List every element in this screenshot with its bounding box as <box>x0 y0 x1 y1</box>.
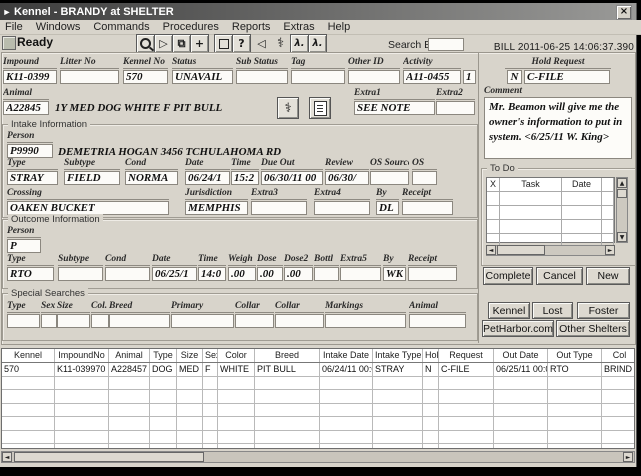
application-window: ► Kennel - BRANDY at SHELTER × File Wind… <box>0 0 641 476</box>
grid-cell[interactable] <box>320 444 373 449</box>
extra3-input[interactable] <box>251 201 307 215</box>
grid-header-cell[interactable]: Intake Type <box>373 349 423 362</box>
search-animal-input[interactable] <box>409 314 466 328</box>
jurisdiction-field: Jurisdiction <box>185 188 248 215</box>
intake-receipt-input[interactable] <box>402 201 453 215</box>
outcome-date-input[interactable] <box>152 267 197 281</box>
outcome-type-input[interactable] <box>7 267 54 281</box>
grid-header-cell[interactable]: Color <box>218 349 255 362</box>
grid-cell[interactable] <box>177 390 203 403</box>
dose-label: Dose <box>257 254 283 266</box>
todo-cell[interactable] <box>487 192 500 205</box>
activity-seq-input[interactable] <box>463 70 476 84</box>
outcome-cond-field: Cond <box>105 254 150 281</box>
grid-empty-row[interactable] <box>2 444 634 449</box>
todo-scroll-up-icon[interactable]: ▲ <box>617 178 627 188</box>
todo-scroll-left-icon[interactable]: ◄ <box>486 245 496 255</box>
grid-cell[interactable] <box>150 404 177 417</box>
grid-cell[interactable] <box>439 417 494 430</box>
impound-label: Impound <box>3 57 57 69</box>
grid-cell[interactable] <box>55 377 109 390</box>
close-button[interactable]: × <box>616 5 632 20</box>
grid-header-cell[interactable]: Type <box>150 349 177 362</box>
outcome-subtype-input[interactable] <box>58 267 103 281</box>
todo-scroll-right-icon[interactable]: ► <box>605 245 615 255</box>
grid-cell[interactable] <box>548 444 602 449</box>
search-size-input[interactable] <box>57 314 90 328</box>
search-collar1-label: Collar <box>235 301 274 313</box>
grid-cell[interactable] <box>203 417 218 430</box>
grid-cell[interactable]: MED <box>177 363 203 376</box>
animal-field: Animal <box>3 88 49 115</box>
menu-procedures[interactable]: Procedures <box>163 20 219 34</box>
grid-cell[interactable]: N <box>423 363 439 376</box>
grid-cell[interactable] <box>423 390 439 403</box>
todo-cell[interactable] <box>562 206 602 219</box>
grid-cell[interactable] <box>494 444 548 449</box>
grid-cell[interactable] <box>55 417 109 430</box>
todo-cell[interactable] <box>602 220 614 233</box>
grid-cell[interactable] <box>423 444 439 449</box>
grid-cell[interactable] <box>150 431 177 444</box>
grid-row[interactable]: 570K11-039970A228457DOGMEDFWHITEPIT BULL… <box>2 363 634 377</box>
todo-hscroll-thumb[interactable] <box>497 245 545 255</box>
grid-cell[interactable] <box>320 390 373 403</box>
grid-cell[interactable] <box>218 444 255 449</box>
intake-subtype-input[interactable] <box>64 171 120 185</box>
grid-cell[interactable] <box>55 431 109 444</box>
grid-cell[interactable] <box>320 404 373 417</box>
grid-cell[interactable]: PIT BULL <box>255 363 320 376</box>
grid-cell[interactable] <box>548 377 602 390</box>
grid-cell[interactable] <box>109 390 150 403</box>
intake-date-field: Date <box>185 158 230 185</box>
grid-header-cell[interactable]: Out Type <box>548 349 602 362</box>
todo-vscroll-thumb[interactable] <box>617 189 627 198</box>
weigh-input[interactable] <box>228 267 256 281</box>
outcome-subtype-field: Subtype <box>58 254 103 281</box>
grid-cell[interactable] <box>203 390 218 403</box>
grid-cell[interactable] <box>150 444 177 449</box>
outcome-by-label: By <box>383 254 406 266</box>
search-breed-field: Breed <box>109 301 170 328</box>
grid-cell[interactable] <box>373 444 423 449</box>
todo-row[interactable] <box>487 220 614 234</box>
todo-header-cell: X <box>487 178 500 191</box>
grid-header-cell[interactable]: Hold <box>423 349 439 362</box>
todo-cell[interactable] <box>602 192 614 205</box>
grid-empty-row[interactable] <box>2 377 634 391</box>
copy-icon[interactable]: ⧉ <box>172 34 191 53</box>
grid-cell[interactable] <box>177 417 203 430</box>
crossing-input[interactable] <box>7 201 169 215</box>
grid-cell[interactable] <box>177 431 203 444</box>
hold-flag-input[interactable] <box>507 70 522 84</box>
intake-time-field: Time <box>231 158 259 185</box>
search-collar2-field: Collar <box>275 301 324 328</box>
grid-empty-row[interactable] <box>2 404 634 418</box>
search-col-field: Col. <box>91 301 109 328</box>
activity-field: Activity <box>403 57 461 84</box>
intake-person-field: Person <box>7 131 53 158</box>
results-grid: KennelImpoundNoAnimalTypeSizeSexColorBre… <box>1 348 635 449</box>
grid-cell[interactable]: WHITE <box>218 363 255 376</box>
grid-cell[interactable] <box>255 377 320 390</box>
grid-cell[interactable] <box>373 431 423 444</box>
search-breed-input[interactable] <box>109 314 170 328</box>
grid-cell[interactable] <box>373 417 423 430</box>
search-primary-field: Primary <box>171 301 234 328</box>
grid-cell[interactable] <box>494 404 548 417</box>
grid-cell[interactable] <box>494 431 548 444</box>
extra4-input[interactable] <box>314 201 370 215</box>
intake-type-field: Type <box>7 158 58 185</box>
grid-cell[interactable]: BRIND <box>602 363 635 376</box>
litter-no-label: Litter No <box>60 57 119 69</box>
menu-help[interactable]: Help <box>328 20 351 34</box>
outcome-receipt-input[interactable] <box>408 267 457 281</box>
grid-cell[interactable] <box>218 431 255 444</box>
grid-cell[interactable] <box>109 431 150 444</box>
search-markings-input[interactable] <box>325 314 406 328</box>
todo-cell[interactable] <box>602 206 614 219</box>
grid-header-cell[interactable]: Intake Date <box>320 349 373 362</box>
complete-button[interactable]: Complete <box>483 267 533 285</box>
grid-cell[interactable] <box>2 404 55 417</box>
grid-cell[interactable] <box>177 404 203 417</box>
panel-divider <box>478 52 479 343</box>
grid-cell[interactable] <box>373 377 423 390</box>
other-shelters-button[interactable]: Other Shelters <box>556 320 630 337</box>
os-source-input[interactable] <box>370 171 409 185</box>
crossing-label: Crossing <box>7 188 169 200</box>
todo-cell[interactable] <box>500 192 562 205</box>
grid-scroll-right-icon[interactable]: ► <box>623 452 633 462</box>
grid-cell[interactable] <box>423 431 439 444</box>
outcome-date-field: Date <box>152 254 197 281</box>
grid-cell[interactable] <box>55 390 109 403</box>
extra2-input[interactable] <box>436 101 475 115</box>
todo-cell[interactable] <box>562 220 602 233</box>
litter-no-input[interactable] <box>60 70 119 84</box>
extra1-input[interactable] <box>354 101 435 115</box>
grid-scroll-left-icon[interactable]: ◄ <box>2 452 12 462</box>
intake-by-input[interactable] <box>376 201 399 215</box>
tag-input[interactable] <box>291 70 345 84</box>
grid-header-cell[interactable]: Animal <box>109 349 150 362</box>
todo-cell[interactable] <box>500 220 562 233</box>
grid-cell[interactable] <box>109 417 150 430</box>
search-type-label: Type <box>7 301 40 313</box>
grid-cell[interactable] <box>109 404 150 417</box>
grid-cell[interactable] <box>203 377 218 390</box>
petharbor-button[interactable]: PetHarbor.com <box>482 320 554 337</box>
status-text: Ready <box>17 35 53 49</box>
grid-cell[interactable] <box>494 417 548 430</box>
grid-cell[interactable] <box>2 431 55 444</box>
review-label: Review <box>325 158 369 170</box>
grid-cell[interactable] <box>255 444 320 449</box>
outcome-person-input[interactable] <box>7 239 41 253</box>
intake-date-label: Date <box>185 158 230 170</box>
announce-icon[interactable]: ◁ <box>252 34 271 53</box>
grid-cell[interactable] <box>55 444 109 449</box>
due-out-label: Due Out <box>261 158 323 170</box>
extra5-input[interactable] <box>340 267 381 281</box>
comment-textarea[interactable]: Mr. Beamon will give me the owner's info… <box>484 97 632 159</box>
grid-cell[interactable] <box>423 417 439 430</box>
impound-input[interactable] <box>3 70 57 84</box>
grid-header-cell[interactable]: Col <box>602 349 635 362</box>
grid-cell[interactable] <box>109 444 150 449</box>
grid-cell[interactable] <box>494 377 548 390</box>
kennel-search-button[interactable]: Kennel <box>488 302 530 319</box>
grid-header-cell[interactable]: Kennel <box>2 349 55 362</box>
search-back-input[interactable] <box>428 38 464 51</box>
grid-cell[interactable] <box>203 444 218 449</box>
bottle-input[interactable] <box>314 267 339 281</box>
status-field: Status <box>172 57 233 84</box>
extra1-label: Extra1 <box>354 88 435 100</box>
animal-label: Animal <box>3 88 49 100</box>
extra3-field: Extra3 <box>251 188 307 215</box>
todo-cell[interactable] <box>500 206 562 219</box>
intake-person-label: Person <box>7 131 53 143</box>
activity-input[interactable] <box>403 70 461 84</box>
grid-cell[interactable] <box>218 390 255 403</box>
grid-cell[interactable]: DOG <box>150 363 177 376</box>
grid-cell[interactable] <box>439 377 494 390</box>
grid-cell[interactable] <box>548 390 602 403</box>
search-size-label: Size <box>57 301 90 313</box>
dose-input[interactable] <box>257 267 283 281</box>
blank-icon[interactable] <box>214 34 233 53</box>
sub-status-field: Sub Status <box>236 57 288 84</box>
grid-cell[interactable]: RTO <box>548 363 602 376</box>
grid-cell[interactable] <box>373 390 423 403</box>
grid-cell[interactable] <box>423 377 439 390</box>
menu-extras[interactable]: Extras <box>283 20 314 34</box>
menu-windows[interactable]: Windows <box>36 20 81 34</box>
search-collar2-input[interactable] <box>275 314 324 328</box>
grid-header-cell[interactable]: Breed <box>255 349 320 362</box>
grid-cell[interactable] <box>602 417 635 430</box>
review-input[interactable] <box>325 171 369 185</box>
grid-empty-row[interactable] <box>2 417 634 431</box>
grid-cell[interactable] <box>439 444 494 449</box>
intake-date-input[interactable] <box>185 171 230 185</box>
todo-cell[interactable] <box>562 192 602 205</box>
grid-cell[interactable] <box>602 377 635 390</box>
grid-cell[interactable] <box>2 390 55 403</box>
grid-cell[interactable] <box>602 444 635 449</box>
bottle-label: Bottl <box>314 254 339 266</box>
outcome-receipt-field: Receipt <box>408 254 457 281</box>
menu-reports[interactable]: Reports <box>232 20 271 34</box>
todo-cell[interactable] <box>487 220 500 233</box>
grid-cell[interactable] <box>255 417 320 430</box>
search-collar1-field: Collar <box>235 301 274 328</box>
grid-cell[interactable] <box>55 404 109 417</box>
grid-cell[interactable] <box>548 431 602 444</box>
grid-cell[interactable] <box>548 404 602 417</box>
grid-cell[interactable] <box>255 431 320 444</box>
lambda-a-icon[interactable]: λ. <box>290 34 309 53</box>
grid-cell[interactable] <box>602 431 635 444</box>
grid-cell[interactable]: 570 <box>2 363 55 376</box>
outcome-time-field: Time <box>198 254 226 281</box>
outcome-time-label: Time <box>198 254 226 266</box>
menu-commands[interactable]: Commands <box>93 20 149 34</box>
grid-cell[interactable]: A228457 <box>109 363 150 376</box>
sub-status-label: Sub Status <box>236 57 288 69</box>
kennel-no-input[interactable] <box>123 70 168 84</box>
intake-type-input[interactable] <box>7 171 58 185</box>
grid-cell[interactable] <box>177 444 203 449</box>
grid-cell[interactable]: 06/25/11 00:00 <box>494 363 548 376</box>
dose2-field: Dose2 <box>284 254 313 281</box>
grid-cell[interactable] <box>109 377 150 390</box>
search-primary-input[interactable] <box>171 314 234 328</box>
dose-field: Dose <box>257 254 283 281</box>
square-glyph <box>219 39 229 49</box>
grid-cell[interactable] <box>150 390 177 403</box>
grid-header-cell[interactable]: Request <box>439 349 494 362</box>
new-button[interactable]: New <box>586 267 630 285</box>
extra5-label: Extra5 <box>340 254 381 266</box>
intake-time-input[interactable] <box>231 171 259 185</box>
weigh-field: Weigh <box>228 254 256 281</box>
foster-search-button[interactable]: Foster <box>577 302 630 319</box>
grid-cell[interactable] <box>150 417 177 430</box>
grid-header-cell[interactable]: Sex <box>203 349 218 362</box>
grid-header-cell[interactable]: ImpoundNo <box>55 349 109 362</box>
status-input[interactable] <box>172 70 233 84</box>
outcome-person-field: Person <box>7 226 41 253</box>
grid-cell[interactable] <box>218 377 255 390</box>
grid-cell[interactable] <box>439 390 494 403</box>
grid-cell[interactable] <box>255 404 320 417</box>
intake-type-label: Type <box>7 158 58 170</box>
vet-record-icon[interactable]: ⚕ <box>277 97 299 119</box>
intake-subtype-label: Subtype <box>64 158 120 170</box>
other-id-input[interactable] <box>348 70 400 84</box>
grid-cell[interactable]: K11-039970 <box>55 363 109 376</box>
search-sex-input[interactable] <box>41 314 57 328</box>
search-icon[interactable] <box>136 34 155 53</box>
grid-cell[interactable]: STRAY <box>373 363 423 376</box>
intake-person-input[interactable] <box>7 144 53 158</box>
help-icon[interactable]: ? <box>232 34 251 53</box>
grid-cell[interactable] <box>373 404 423 417</box>
todo-row[interactable] <box>487 192 614 206</box>
run-icon[interactable]: ▷ <box>154 34 173 53</box>
search-type-input[interactable] <box>7 314 40 328</box>
extra3-label: Extra3 <box>251 188 307 200</box>
grid-cell[interactable] <box>255 390 320 403</box>
status-indicator <box>2 36 16 50</box>
grid-cell[interactable] <box>320 431 373 444</box>
tag-field: Tag <box>291 57 345 84</box>
todo-scroll-down-icon[interactable]: ▼ <box>617 232 627 242</box>
intake-cond-input[interactable] <box>125 171 178 185</box>
todo-header-cell <box>602 178 614 191</box>
outcome-by-input[interactable] <box>383 267 406 281</box>
vet-icon[interactable]: ⚕ <box>271 34 290 53</box>
search-size-field: Size <box>57 301 90 328</box>
todo-header-cell: Task <box>500 178 562 191</box>
grid-cell[interactable] <box>218 417 255 430</box>
todo-row[interactable] <box>487 206 614 220</box>
lambda-b-icon[interactable]: λ. <box>308 34 327 53</box>
search-animal-label: Animal <box>409 301 466 313</box>
grid-empty-row[interactable] <box>2 431 634 445</box>
search-col-input[interactable] <box>91 314 109 328</box>
animal-input[interactable] <box>3 101 49 115</box>
grid-cell[interactable] <box>320 377 373 390</box>
grid-hscroll-thumb[interactable] <box>14 452 204 462</box>
kennel-no-label: Kennel No <box>123 57 168 69</box>
sub-status-input[interactable] <box>236 70 288 84</box>
due-out-input[interactable] <box>261 171 323 185</box>
grid-cell[interactable] <box>177 377 203 390</box>
grid-cell[interactable] <box>602 390 635 403</box>
grid-cell[interactable] <box>150 377 177 390</box>
search-collar2-label: Collar <box>275 301 324 313</box>
outcome-time-input[interactable] <box>198 267 226 281</box>
note-icon[interactable] <box>309 97 331 119</box>
grid-cell[interactable] <box>439 431 494 444</box>
grid-cell[interactable] <box>439 404 494 417</box>
grid-cell[interactable]: 06/24/11 00:00 <box>320 363 373 376</box>
grid-cell[interactable] <box>203 404 218 417</box>
outcome-cond-input[interactable] <box>105 267 150 281</box>
search-primary-label: Primary <box>171 301 234 313</box>
os-input[interactable] <box>412 171 437 185</box>
dose2-input[interactable] <box>284 267 313 281</box>
cancel-button[interactable]: Cancel <box>536 267 583 285</box>
grid-cell[interactable] <box>203 431 218 444</box>
grid-header-cell[interactable]: Out Date <box>494 349 548 362</box>
grid-empty-row[interactable] <box>2 390 634 404</box>
grid-cell[interactable] <box>494 390 548 403</box>
outcome-cond-label: Cond <box>105 254 150 266</box>
grid-cell[interactable] <box>548 417 602 430</box>
grid-cell[interactable]: F <box>203 363 218 376</box>
todo-cell[interactable] <box>487 206 500 219</box>
os-field: OS <box>412 158 437 185</box>
outcome-person-label: Person <box>7 226 41 238</box>
grid-header-cell[interactable]: Size <box>177 349 203 362</box>
grid-cell[interactable]: C-FILE <box>439 363 494 376</box>
grid-cell[interactable] <box>2 444 55 449</box>
move-icon[interactable]: + <box>190 34 209 53</box>
grid-cell[interactable] <box>423 404 439 417</box>
search-markings-label: Markings <box>325 301 406 313</box>
grid-cell[interactable] <box>602 404 635 417</box>
jurisdiction-input[interactable] <box>185 201 248 215</box>
grid-cell[interactable] <box>320 417 373 430</box>
hold-request-input[interactable] <box>524 70 610 84</box>
lost-search-button[interactable]: Lost <box>532 302 573 319</box>
grid-cell[interactable] <box>2 377 55 390</box>
document-glyph <box>314 101 327 116</box>
title-bar: ► Kennel - BRANDY at SHELTER × <box>0 3 636 20</box>
grid-cell[interactable] <box>218 404 255 417</box>
grid-cell[interactable] <box>2 417 55 430</box>
search-collar1-input[interactable] <box>235 314 274 328</box>
menu-file[interactable]: File <box>5 20 23 34</box>
